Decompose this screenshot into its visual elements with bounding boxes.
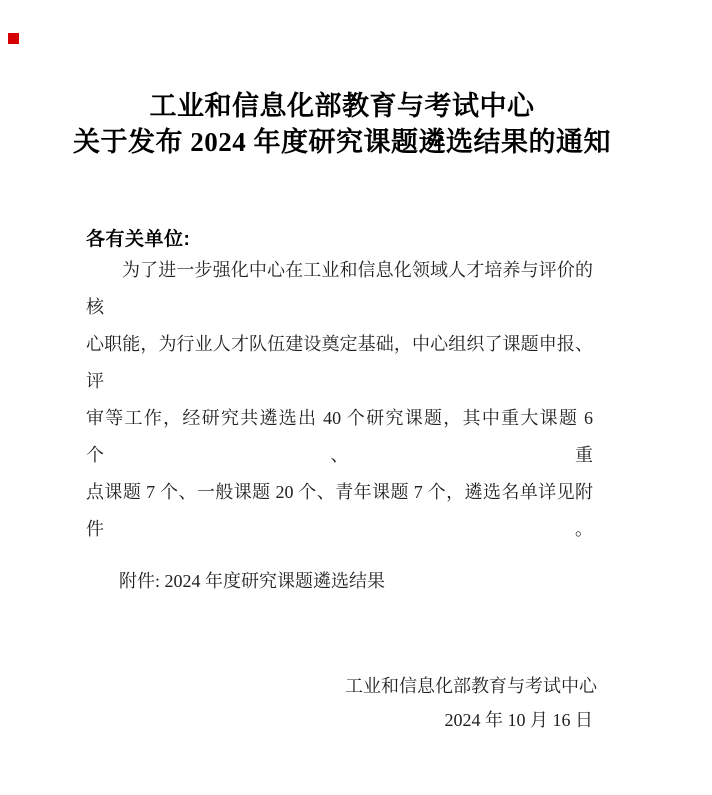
- salutation-line: 各有关单位:: [86, 224, 190, 251]
- paragraph-line-4: 点课题 7 个、一般课题 20 个、青年课题 7 个，遴选名单详见附件。: [86, 474, 593, 548]
- red-square-marker: [8, 33, 19, 44]
- paragraph-line-3: 审等工作，经研究共遴选出 40 个研究课题，其中重大课题 6 个、重: [86, 400, 593, 474]
- paragraph-line-2: 心职能，为行业人才队伍建设奠定基础，中心组织了课题申报、评: [86, 326, 593, 400]
- body-paragraph: 为了进一步强化中心在工业和信息化领域人才培养与评价的核 心职能，为行业人才队伍建…: [86, 252, 593, 548]
- title-line-1: 工业和信息化部教育与考试中心: [0, 88, 684, 124]
- title-line-2: 关于发布 2024 年度研究课题遴选结果的通知: [0, 124, 684, 160]
- issue-date: 2024 年 10 月 16 日: [445, 706, 594, 732]
- notice-document-page: 工业和信息化部教育与考试中心 关于发布 2024 年度研究课题遴选结果的通知 各…: [0, 0, 712, 795]
- notice-title: 工业和信息化部教育与考试中心 关于发布 2024 年度研究课题遴选结果的通知: [0, 88, 684, 160]
- signer-name: 工业和信息化部教育与考试中心: [345, 672, 597, 698]
- attachment-line: 附件: 2024 年度研究课题遴选结果: [119, 567, 385, 593]
- paragraph-line-1: 为了进一步强化中心在工业和信息化领域人才培养与评价的核: [86, 252, 593, 326]
